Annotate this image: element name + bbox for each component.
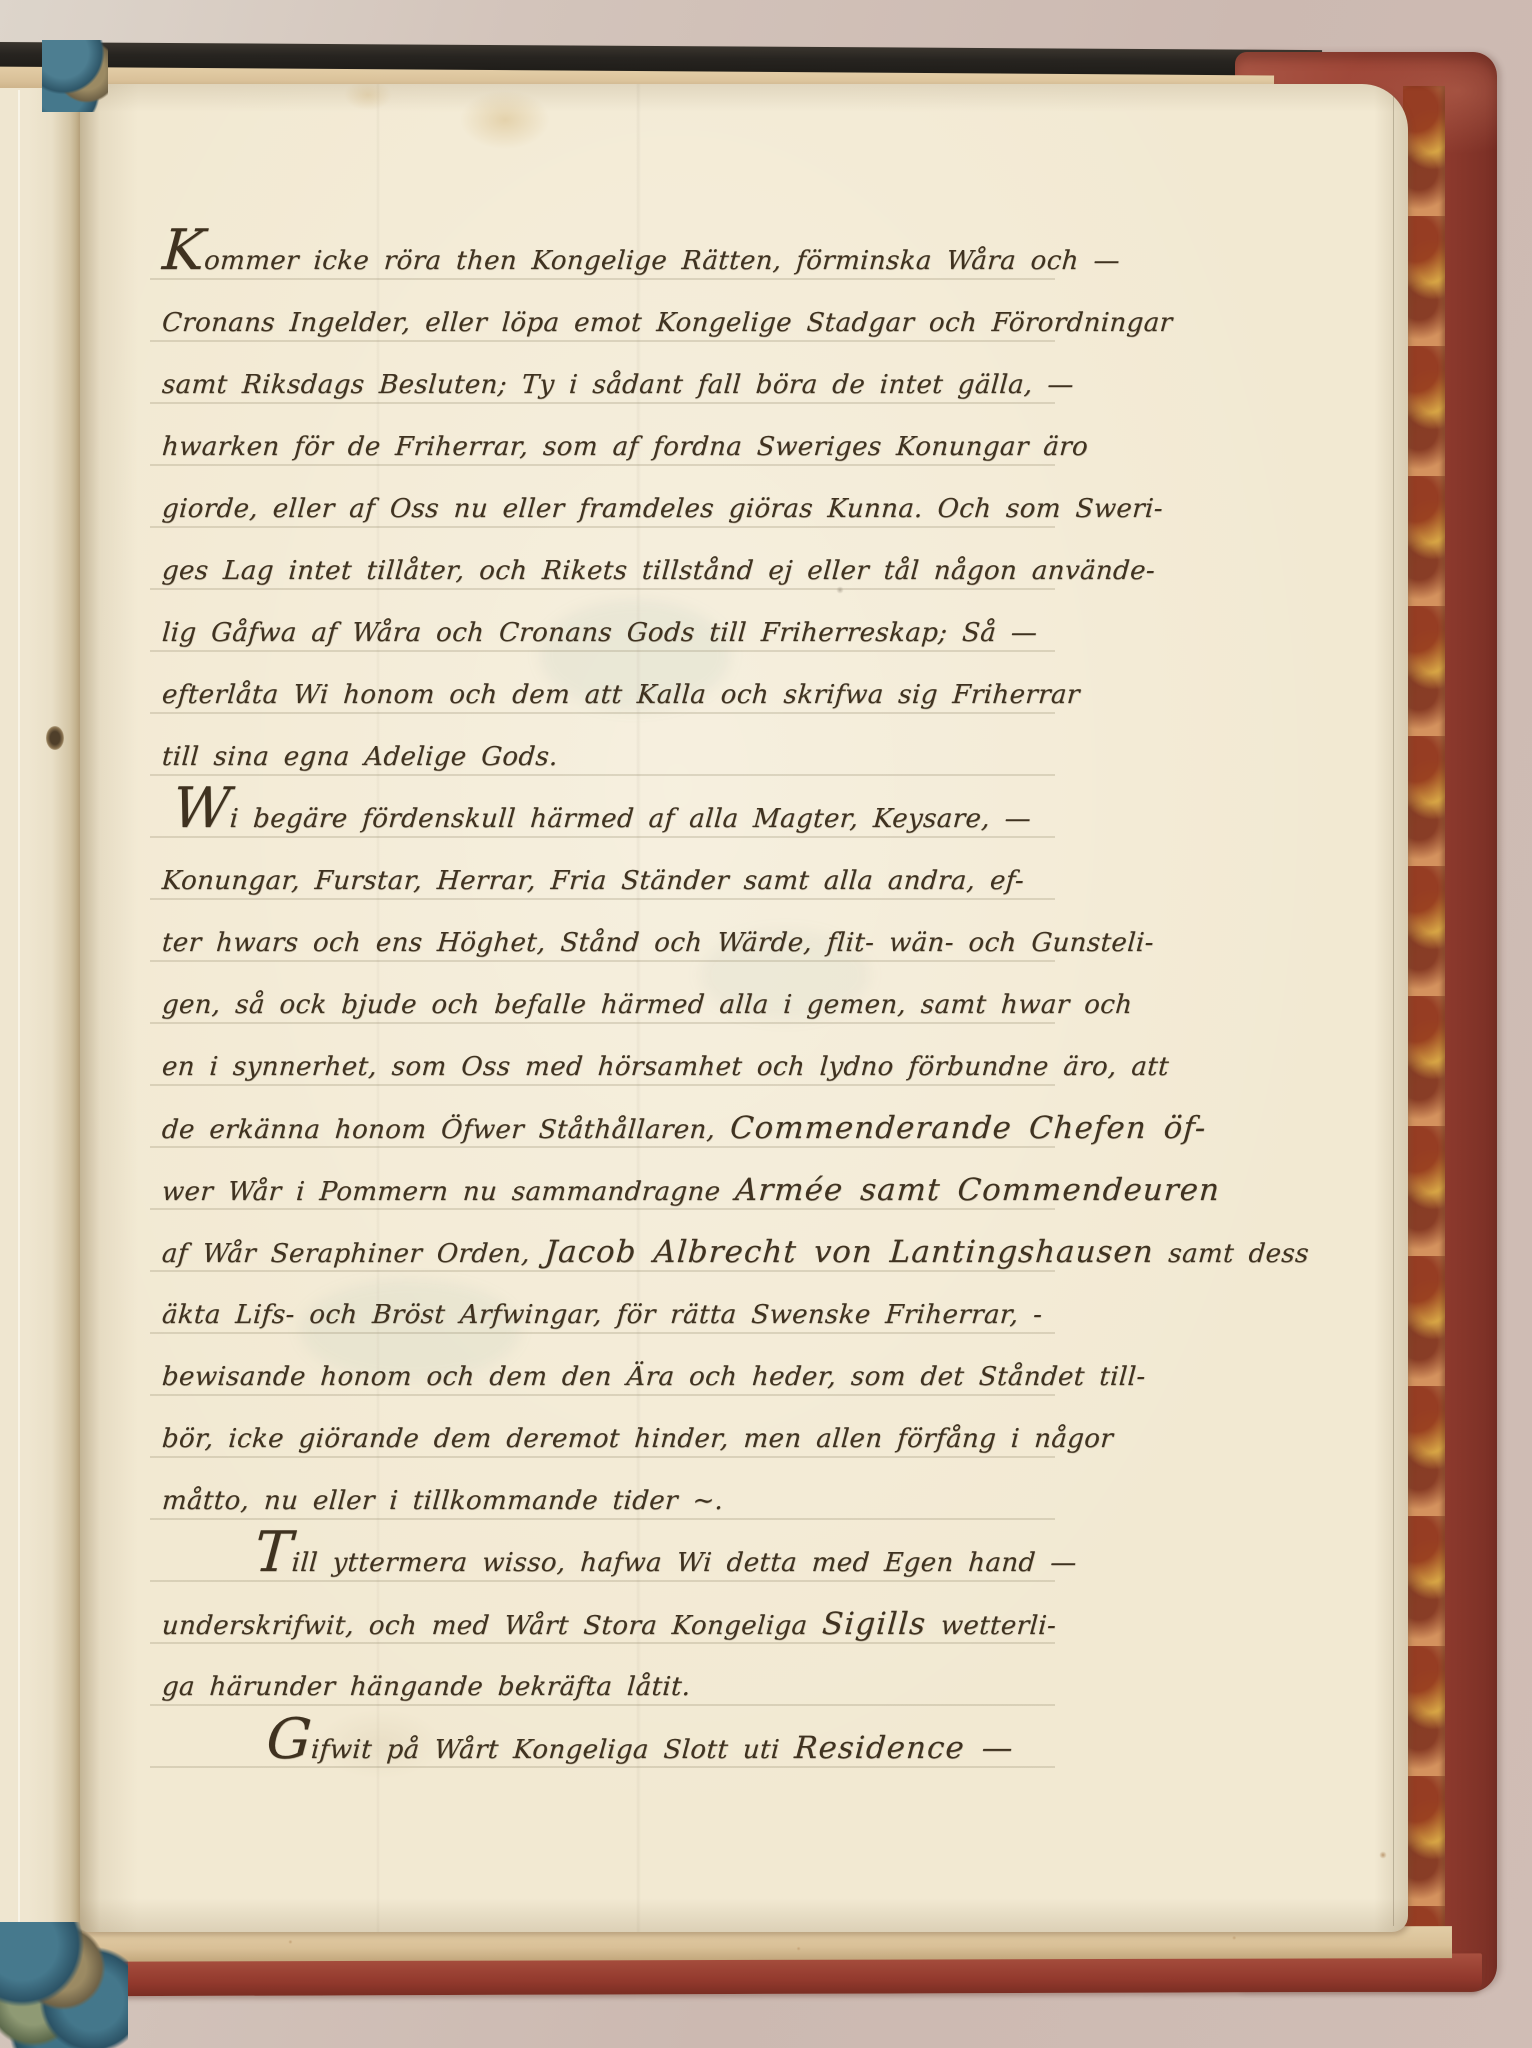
line-text-latin: Commenderande Chefen öf-: [729, 1111, 1208, 1146]
manuscript-line: bewisande honom och dem den Ära och hede…: [160, 1346, 1148, 1408]
line-text-latin: Residence —: [793, 1731, 1015, 1766]
manuscript-line: ges Lag intet tillåter, och Rikets tills…: [160, 540, 1157, 602]
manuscript-line: Kommer icke röra then Kongelige Rätten, …: [160, 230, 1122, 292]
endband-cord-top: [42, 40, 108, 112]
manuscript-line: måtto, nu eller i tillkommande tider ~.: [160, 1470, 726, 1532]
previous-leaf-edge: [0, 88, 82, 1934]
line-text-latin: Sigills: [821, 1607, 927, 1642]
manuscript-line: af Wår Seraphiner Orden, Jacob Albrecht …: [160, 1222, 1311, 1285]
manuscript-line: Konungar, Furstar, Herrar, Fria Ständer …: [160, 850, 1026, 912]
line-text: wetterli-: [925, 1611, 1057, 1641]
marbled-paper-strip: [1403, 86, 1445, 1932]
line-text: wer Wår i Pommern nu sammandragne: [161, 1177, 736, 1207]
manuscript-line: gen, så ock bjude och befalle härmed all…: [160, 974, 1135, 1036]
manuscript-line: Wi begäre fördenskull härmed af alla Mag…: [170, 788, 1033, 850]
line-text: underskrifwit, och med Wårt Stora Kongel…: [161, 1611, 823, 1641]
manuscript-line: bör, icke giörande dem deremot hinder, m…: [160, 1408, 1116, 1470]
gutter-sewing-hole: [46, 726, 64, 750]
manuscript-line: giorde, eller af Oss nu eller framdeles …: [160, 478, 1165, 540]
manuscript-line: Till yttermera wisso, hafwa Wi detta med…: [252, 1532, 1079, 1594]
line-text-latin: Jacob Albrecht von Lantingshausen: [544, 1235, 1155, 1270]
manuscript-line: underskrifwit, och med Wårt Stora Kongel…: [160, 1594, 1059, 1657]
manuscript-line: lig Gåfwa af Wåra och Cronans Gods till …: [160, 602, 1040, 664]
manuscript-line: ter hwars och ens Höghet, Stånd och Wärd…: [160, 912, 1156, 974]
manuscript-line: efterlåta Wi honom och dem att Kalla och…: [160, 664, 1082, 726]
manuscript-line: wer Wår i Pommern nu sammandragne Armée …: [160, 1160, 1222, 1223]
manuscript-line: äkta Lifs- och Bröst Arfwingar, för rätt…: [160, 1284, 1045, 1346]
book-photo: Kommer icke röra then Kongelige Rätten, …: [0, 0, 1532, 2048]
manuscript-line: Cronans Ingelder, eller löpa emot Kongel…: [160, 292, 1175, 354]
line-text: de erkänna honom Öfwer Ståthållaren,: [161, 1115, 731, 1145]
line-text: samt dess: [1153, 1239, 1310, 1269]
under-sheet-edge: [1393, 96, 1394, 1926]
previous-leaf-crease: [18, 90, 20, 1930]
manuscript-line: hwarken för de Friherrar, som af fordna …: [160, 416, 1090, 478]
manuscript-line: Gifwit på Wårt Kongeliga Slott uti Resid…: [264, 1718, 1016, 1781]
manuscript-line: de erkänna honom Öfwer Ståthållaren, Com…: [160, 1098, 1209, 1161]
line-text: Gifwit på Wårt Kongeliga Slott uti: [265, 1735, 795, 1765]
line-text-latin: Armée samt Commendeuren: [734, 1173, 1221, 1208]
endband-cord-bottom: [0, 1922, 128, 2048]
manuscript-line: samt Riksdags Besluten; Ty i sådant fall…: [160, 354, 1076, 416]
line-text: af Wår Seraphiner Orden,: [161, 1239, 546, 1269]
manuscript-line: ga härunder hängande bekräfta låtit.: [160, 1656, 693, 1718]
manuscript-line: en i synnerhet, som Oss med hörsamhet oc…: [160, 1036, 1171, 1098]
